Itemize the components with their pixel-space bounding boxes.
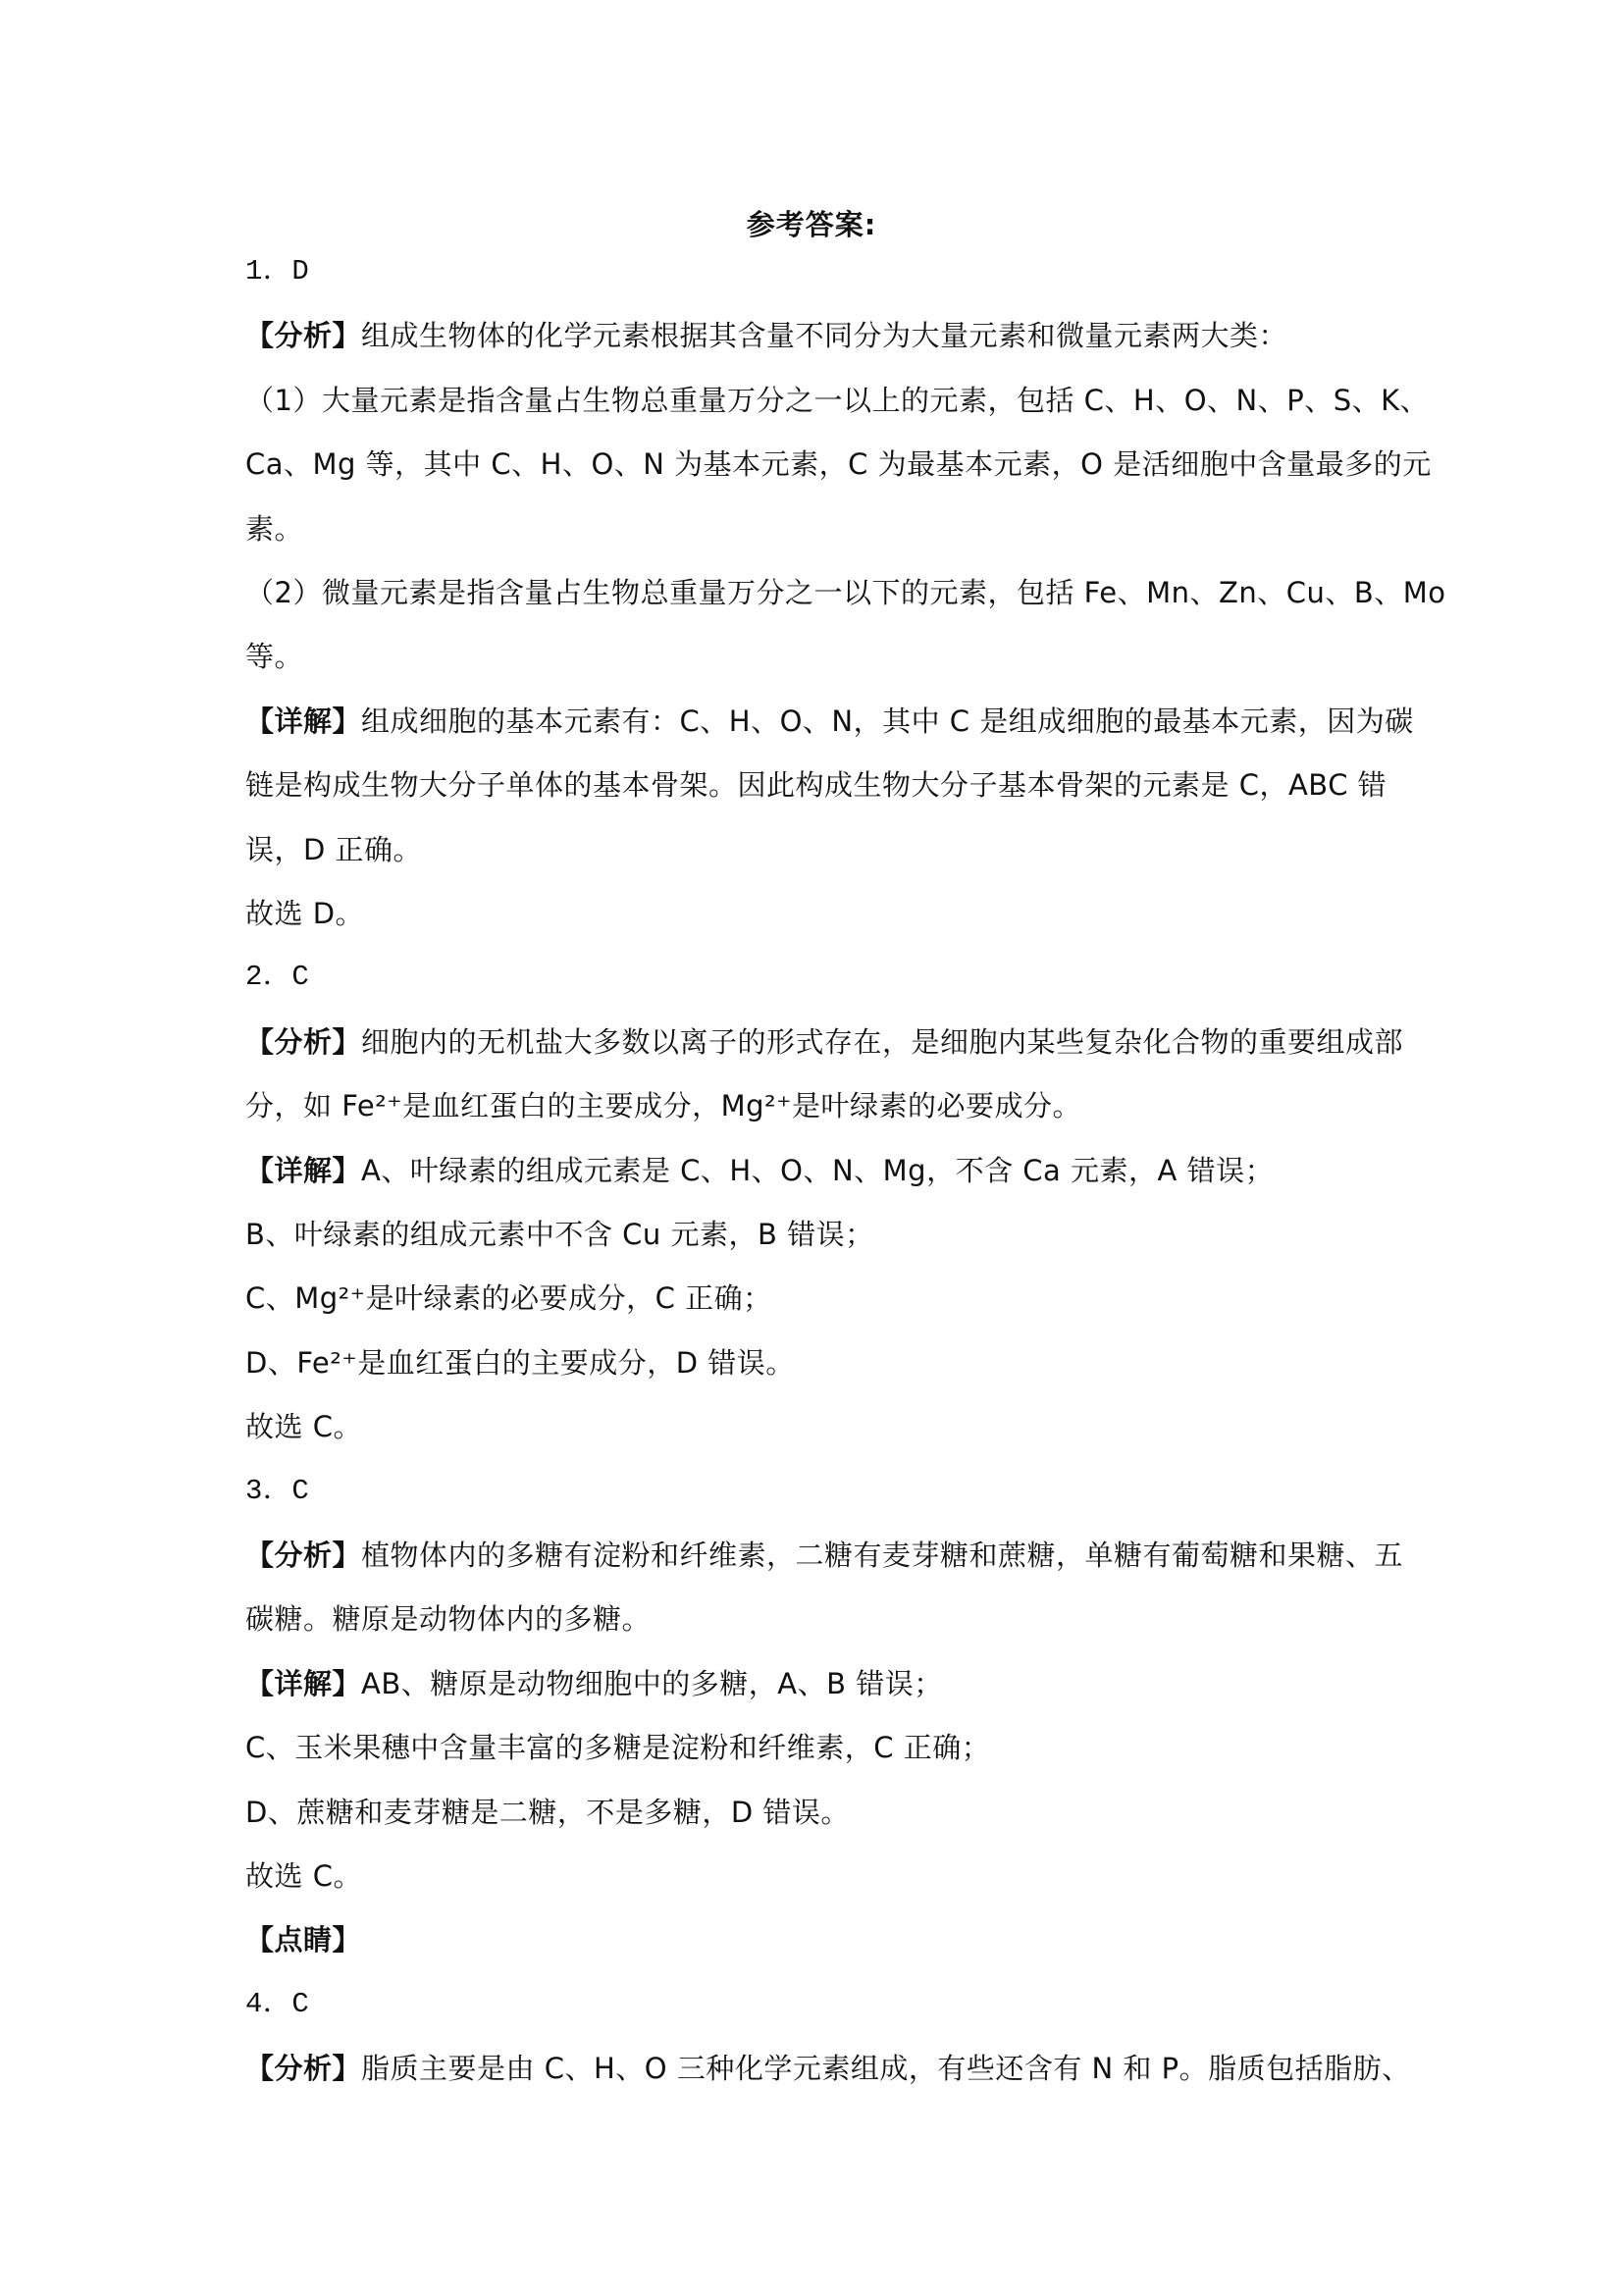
section-tag: 【分析】: [245, 1539, 361, 1572]
line-text: 等。: [245, 640, 303, 673]
line-text: 素。: [245, 512, 303, 546]
explanation-line: 素。: [245, 511, 1413, 547]
line-text: 植物体内的多糖有淀粉和纤维素，二糖有麦芽糖和蔗糖，单糖有葡萄糖和果糖、五: [361, 1539, 1403, 1572]
answer-key-page: 参考答案: 1．D【分析】组成生物体的化学元素根据其含量不同分为大量元素和微量元…: [0, 0, 1623, 2296]
section-tag: 【点睛】: [245, 1923, 361, 1957]
page-title: 参考答案:: [0, 203, 1623, 243]
line-text: 脂质主要是由 C、H、O 三种化学元素组成，有些还含有 N 和 P。脂质包括脂肪…: [361, 2052, 1411, 2085]
line-text: （2）微量元素是指含量占生物总重量万分之一以下的元素，包括 Fe、Mn、Zn、C…: [245, 576, 1446, 609]
explanation-line: Ca、Mg 等，其中 C、H、O、N 为基本元素，C 为最基本元素，O 是活细胞…: [245, 446, 1413, 482]
explanation-line: C、Mg²⁺是叶绿素的必要成分，C 正确；: [245, 1280, 1413, 1316]
line-text: 故选 C。: [245, 1859, 362, 1893]
explanation-line: 【详解】AB、糖原是动物细胞中的多糖，A、B 错误；: [245, 1666, 1413, 1701]
explanation-line: B、叶绿素的组成元素中不含 Cu 元素，B 错误；: [245, 1217, 1413, 1252]
line-text: D、蔗糖和麦芽糖是二糖，不是多糖，D 错误。: [245, 1796, 850, 1829]
explanation-line: （2）微量元素是指含量占生物总重量万分之一以下的元素，包括 Fe、Mn、Zn、C…: [245, 575, 1413, 610]
explanation-line: （1）大量元素是指含量占生物总重量万分之一以上的元素，包括 C、H、O、N、P、…: [245, 383, 1413, 418]
explanation-line: D、蔗糖和麦芽糖是二糖，不是多糖，D 错误。: [245, 1795, 1413, 1830]
explanation-line: 链是构成生物大分子单体的基本骨架。因此构成生物大分子基本骨架的元素是 C，ABC…: [245, 767, 1413, 803]
section-tag: 【分析】: [245, 1025, 361, 1059]
explanation-line: D、Fe²⁺是血红蛋白的主要成分，D 错误。: [245, 1345, 1413, 1381]
answer-number: 4．C: [245, 1987, 1413, 2022]
line-text: Ca、Mg 等，其中 C、H、O、N 为基本元素，C 为最基本元素，O 是活细胞…: [245, 447, 1432, 481]
line-text: B、叶绿素的组成元素中不含 Cu 元素，B 错误；: [245, 1218, 874, 1251]
line-text: 故选 C。: [245, 1410, 362, 1443]
line-text: 组成生物体的化学元素根据其含量不同分为大量元素和微量元素两大类：: [361, 319, 1287, 352]
line-text: C、Mg²⁺是叶绿素的必要成分，C 正确；: [245, 1281, 772, 1315]
explanation-line: 等。: [245, 639, 1413, 674]
explanation-line: 【详解】A、叶绿素的组成元素是 C、H、O、N、Mg，不含 Ca 元素，A 错误…: [245, 1153, 1413, 1188]
line-text: D、Fe²⁺是血红蛋白的主要成分，D 错误。: [245, 1346, 795, 1380]
answer-number: 3．C: [245, 1474, 1413, 1509]
explanation-line: 【分析】细胞内的无机盐大多数以离子的形式存在，是细胞内某些复杂化合物的重要组成部: [245, 1024, 1413, 1060]
line-text: 链是构成生物大分子单体的基本骨架。因此构成生物大分子基本骨架的元素是 C，ABC…: [245, 768, 1387, 802]
line-text: 组成细胞的基本元素有：C、H、O、N，其中 C 是组成细胞的最基本元素，因为碳: [361, 704, 1414, 738]
line-text: 碳糖。糖原是动物体内的多糖。: [245, 1602, 651, 1636]
line-text: C、玉米果穗中含量丰富的多糖是淀粉和纤维素，C 正确；: [245, 1731, 990, 1764]
explanation-line: C、玉米果穗中含量丰富的多糖是淀粉和纤维素，C 正确；: [245, 1730, 1413, 1765]
section-tag: 【分析】: [245, 319, 361, 352]
explanation-line: 故选 C。: [245, 1409, 1413, 1444]
section-tag: 【详解】: [245, 1667, 361, 1700]
section-tag: 【详解】: [245, 1154, 361, 1187]
explanation-line: 分，如 Fe²⁺是血红蛋白的主要成分，Mg²⁺是叶绿素的必要成分。: [245, 1088, 1413, 1123]
answer-number: 2．C: [245, 960, 1413, 995]
line-text: 故选 D。: [245, 897, 364, 930]
line-text: AB、糖原是动物细胞中的多糖，A、B 错误；: [361, 1667, 943, 1700]
line-text: 细胞内的无机盐大多数以离子的形式存在，是细胞内某些复杂化合物的重要组成部: [361, 1025, 1403, 1059]
answer-number: 1．D: [245, 254, 1413, 289]
explanation-line: 故选 D。: [245, 896, 1413, 931]
explanation-line: 【详解】组成细胞的基本元素有：C、H、O、N，其中 C 是组成细胞的最基本元素，…: [245, 704, 1413, 739]
line-text: （1）大量元素是指含量占生物总重量万分之一以上的元素，包括 C、H、O、N、P、…: [245, 384, 1429, 417]
explanation-line: 故选 C。: [245, 1858, 1413, 1894]
explanation-line: 【分析】植物体内的多糖有淀粉和纤维素，二糖有麦芽糖和蔗糖，单糖有葡萄糖和果糖、五: [245, 1538, 1413, 1573]
line-text: 分，如 Fe²⁺是血红蛋白的主要成分，Mg²⁺是叶绿素的必要成分。: [245, 1089, 1081, 1122]
explanation-line: 【分析】脂质主要是由 C、H、O 三种化学元素组成，有些还含有 N 和 P。脂质…: [245, 2051, 1413, 2086]
section-tag: 【分析】: [245, 2052, 361, 2085]
section-tag: 【详解】: [245, 704, 361, 738]
explanation-line: 误，D 正确。: [245, 832, 1413, 867]
explanation-line: 【分析】组成生物体的化学元素根据其含量不同分为大量元素和微量元素两大类：: [245, 318, 1413, 353]
line-text: A、叶绿素的组成元素是 C、H、O、N、Mg，不含 Ca 元素，A 错误；: [361, 1154, 1274, 1187]
explanation-line: 【点睛】: [245, 1922, 1413, 1957]
explanation-line: 碳糖。糖原是动物体内的多糖。: [245, 1601, 1413, 1637]
line-text: 误，D 正确。: [245, 833, 422, 866]
